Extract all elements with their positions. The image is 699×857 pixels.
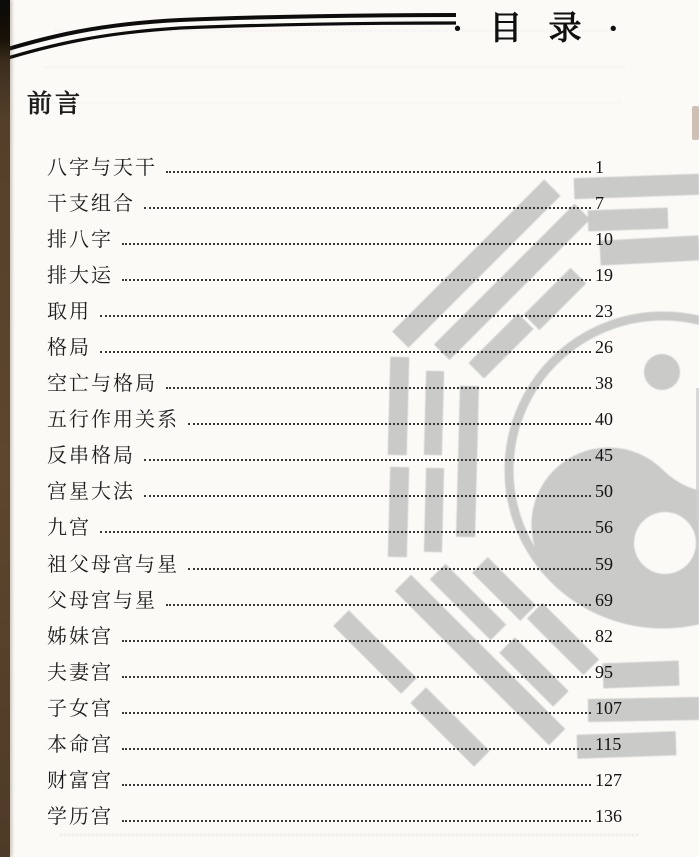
dot-leader <box>122 230 591 245</box>
dot-leader <box>144 482 591 497</box>
toc-entry-label: 干支组合 <box>47 187 135 216</box>
dot-leader <box>166 158 591 173</box>
scan-edge-left <box>0 0 10 857</box>
toc-entry: 学历宫 136 <box>47 797 639 833</box>
toc-entry-label: 姊妹宫 <box>47 620 113 649</box>
toc-entry-page-number: 82 <box>593 626 639 647</box>
toc-entry-label: 父母宫与星 <box>47 584 157 613</box>
toc-entry: 夫妻宫 95 <box>47 652 639 688</box>
toc-entry-page-number: 26 <box>593 337 639 358</box>
toc-entry-label: 子女宫 <box>47 692 113 721</box>
toc-entry-label: 格局 <box>47 331 91 360</box>
dot-leader <box>144 194 591 209</box>
dot-leader <box>188 555 591 570</box>
page-title: · 目 录 · <box>452 2 692 49</box>
bleed-through-line <box>60 834 638 836</box>
title-text: 目 录 <box>489 11 590 47</box>
dot-leader <box>144 446 591 461</box>
toc-entry-page-number: 1 <box>593 157 639 178</box>
toc-entry-label: 排大运 <box>47 259 113 288</box>
dot-leader <box>100 302 591 317</box>
toc-entry-page-number: 95 <box>593 662 639 683</box>
dot-leader <box>100 518 591 533</box>
toc-entry: 姊妹宫 82 <box>47 616 639 652</box>
toc-entry: 干支组合 7 <box>47 183 639 219</box>
toc-entry-label: 空亡与格局 <box>47 367 157 396</box>
toc-entry-page-number: 19 <box>593 265 639 286</box>
dot-leader <box>166 591 591 606</box>
toc-entry-label: 取用 <box>47 295 91 324</box>
toc-entry: 宫星大法 50 <box>47 472 639 508</box>
toc-entry: 父母宫与星 69 <box>47 580 639 616</box>
toc-entry-page-number: 10 <box>593 229 639 250</box>
toc-entry-label: 五行作用关系 <box>47 403 179 432</box>
toc-entry: 五行作用关系 40 <box>47 400 639 436</box>
toc-entry-label: 宫星大法 <box>47 475 135 504</box>
preface-heading: 前言 <box>27 84 83 120</box>
dot-leader <box>122 627 591 642</box>
toc-entry-page-number: 23 <box>593 301 639 322</box>
toc-entry: 格局 26 <box>47 327 639 363</box>
toc-entry-label: 夫妻宫 <box>47 656 113 685</box>
toc-entry: 本命宫 115 <box>47 725 639 761</box>
toc-entry: 排大运 19 <box>47 255 639 291</box>
toc-entry-page-number: 7 <box>593 193 639 214</box>
toc-entry-page-number: 127 <box>593 770 639 791</box>
scan-artifact <box>692 106 699 140</box>
toc-entry: 八字与天干 1 <box>47 147 639 183</box>
dot-leader <box>122 771 591 786</box>
title-right-dot: · <box>608 11 628 47</box>
bleed-through-line <box>50 102 620 104</box>
dot-leader <box>122 266 591 281</box>
toc-entry-page-number: 40 <box>593 409 639 430</box>
dot-leader <box>100 338 591 353</box>
toc-entry: 祖父母宫与星 59 <box>47 544 639 580</box>
toc-entry: 九宫 56 <box>47 508 639 544</box>
toc-entry: 取用 23 <box>47 291 639 327</box>
toc-entry-label: 本命宫 <box>47 728 113 757</box>
dot-leader <box>122 663 591 678</box>
toc-entry-page-number: 59 <box>593 554 639 575</box>
toc-entry-page-number: 69 <box>593 590 639 611</box>
toc-entry-page-number: 107 <box>593 698 639 719</box>
toc-entry-page-number: 136 <box>593 806 639 827</box>
toc-entry-label: 九宫 <box>47 511 91 540</box>
toc-entry-label: 祖父母宫与星 <box>47 548 179 577</box>
toc-entry-label: 反串格局 <box>47 439 135 468</box>
dot-leader <box>188 410 591 425</box>
title-left-dot: · <box>452 11 472 47</box>
toc-entry-page-number: 38 <box>593 373 639 394</box>
dot-leader <box>122 699 591 714</box>
toc-entry: 子女宫 107 <box>47 688 639 724</box>
toc-list: 八字与天干 1 干支组合 7 排八字 10 排大运 19 取用 23 格局 <box>47 147 639 833</box>
toc-entry: 反串格局 45 <box>47 436 639 472</box>
toc-entry-label: 八字与天干 <box>47 151 157 180</box>
toc-entry-label: 排八字 <box>47 223 113 252</box>
toc-entry: 排八字 10 <box>47 219 639 255</box>
toc-entry-page-number: 45 <box>593 445 639 466</box>
dot-leader <box>122 807 591 822</box>
toc-entry: 空亡与格局 38 <box>47 364 639 400</box>
toc-entry-page-number: 56 <box>593 517 639 538</box>
dot-leader <box>166 374 591 389</box>
toc-entry-label: 财富宫 <box>47 764 113 793</box>
toc-entry: 财富宫 127 <box>47 761 639 797</box>
toc-entry-label: 学历宫 <box>47 800 113 829</box>
toc-entry-page-number: 115 <box>593 734 639 755</box>
toc-entry-page-number: 50 <box>593 481 639 502</box>
scanned-toc-page: · 目 录 · 前言 八字与天干 1 干支组合 7 排八字 10 排大运 19 <box>0 0 699 857</box>
dot-leader <box>122 735 591 750</box>
